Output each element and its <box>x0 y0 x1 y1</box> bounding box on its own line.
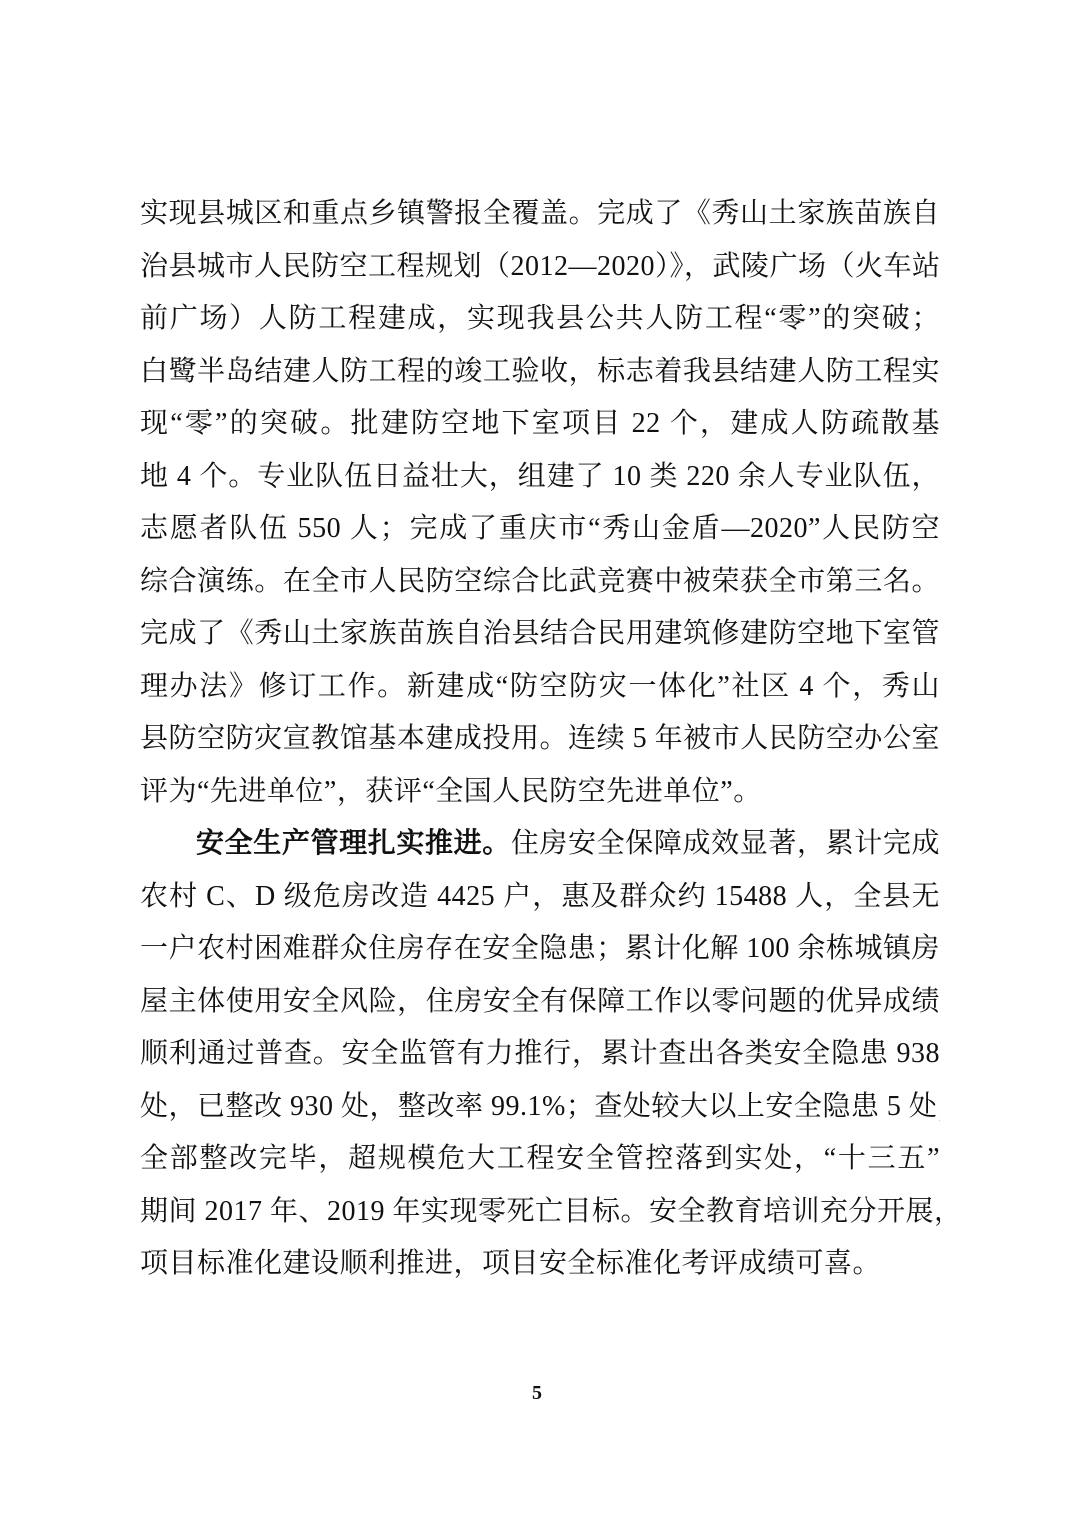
text-line: 完成了《秀山土家族苗族自治县结合民用建筑修建防空地下室管 <box>140 608 940 661</box>
text-line: 理办法》修订工作。新建成“防空防灾一体化”社区 4 个，秀山 <box>140 661 940 714</box>
text-line: 安全生产管理扎实推进。住房安全保障成效显著，累计完成 <box>140 818 940 871</box>
text-line: 治县城市人民防空工程规划（2012—2020）》，武陵广场（火车站 <box>140 241 940 294</box>
text-line: 实现县城区和重点乡镇警报全覆盖。完成了《秀山土家族苗族自 <box>140 188 940 241</box>
text-line: 白鹭半岛结建人防工程的竣工验收，标志着我县结建人防工程实 <box>140 346 940 399</box>
text-line: 地 4 个。专业队伍日益壮大，组建了 10 类 220 余人专业队伍， <box>140 451 940 504</box>
page-number: 5 <box>0 1382 1074 1405</box>
text-line: 一户农村困难群众住房存在安全隐患；累计化解 100 余栋城镇房 <box>140 923 940 976</box>
text-line: 现“零”的突破。批建防空地下室项目 22 个，建成人防疏散基 <box>140 398 940 451</box>
text-line: 期间 2017 年、2019 年实现零死亡目标。安全教育培训充分开展， <box>140 1186 940 1239</box>
text-line: 全部整改完毕，超规模危大工程安全管控落到实处，“十三五” <box>140 1133 940 1186</box>
text-line: 项目标准化建设顺利推进，项目安全标准化考评成绩可喜。 <box>140 1238 940 1291</box>
document-page: 实现县城区和重点乡镇警报全覆盖。完成了《秀山土家族苗族自治县城市人民防空工程规划… <box>0 0 1074 1519</box>
text-line: 评为“先进单位”，获评“全国人民防空先进单位”。 <box>140 766 940 819</box>
text-line: 处，已整改 930 处，整改率 99.1%；查处较大以上安全隐患 5 处， <box>140 1081 940 1134</box>
text-line: 农村 C、D 级危房改造 4425 户，惠及群众约 15488 人，全县无 <box>140 871 940 924</box>
text-line: 综合演练。在全市人民防空综合比武竞赛中被荣获全市第三名。 <box>140 556 940 609</box>
text-line: 志愿者队伍 550 人；完成了重庆市“秀山金盾—2020”人民防空 <box>140 503 940 556</box>
text-line: 县防空防灾宣教馆基本建成投用。连续 5 年被市人民防空办公室 <box>140 713 940 766</box>
text-line: 前广场）人防工程建成，实现我县公共人防工程“零”的突破； <box>140 293 940 346</box>
bold-lead: 安全生产管理扎实推进。 <box>196 828 511 859</box>
text-line: 顺利通过普查。安全监管有力推行，累计查出各类安全隐患 938 <box>140 1028 940 1081</box>
text-line: 屋主体使用安全风险，住房安全有保障工作以零问题的优异成绩 <box>140 976 940 1029</box>
text-block: 实现县城区和重点乡镇警报全覆盖。完成了《秀山土家族苗族自治县城市人民防空工程规划… <box>140 188 940 1291</box>
